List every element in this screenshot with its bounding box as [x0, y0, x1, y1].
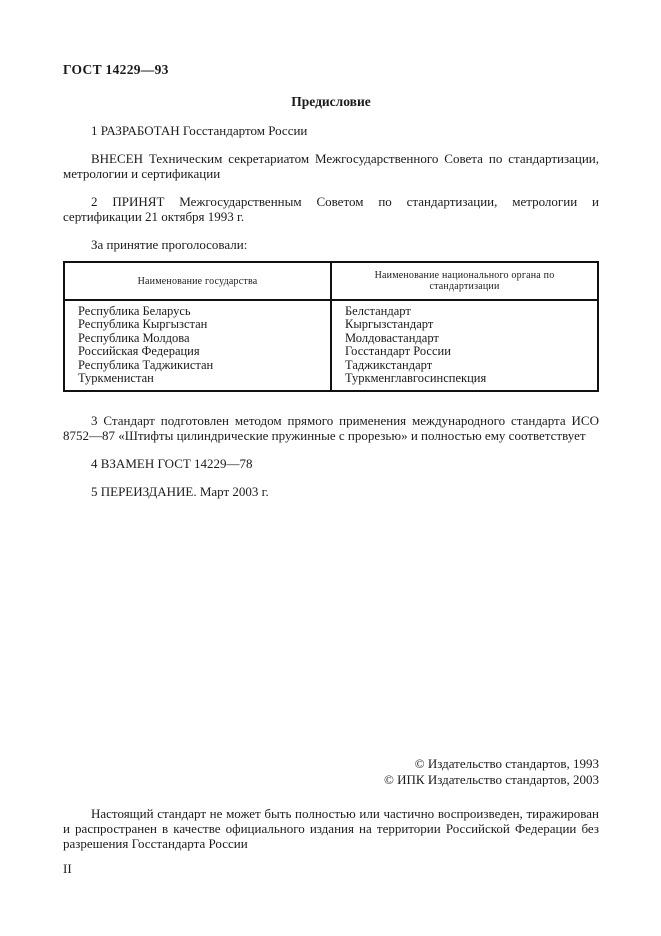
copyright-line-2003: © ИПК Издательство стандартов, 2003	[63, 772, 599, 788]
clause-1-developed: 1 РАЗРАБОТАН Госстандартом России	[63, 123, 599, 138]
page-title: Предисловие	[63, 94, 599, 109]
clause-4-replaces: 4 ВЗАМЕН ГОСТ 14229—78	[63, 456, 599, 471]
body-column-cell: Белстандарт Кыргызстандарт Молдовастанда…	[331, 300, 598, 391]
table-cell: Белстандарт	[345, 305, 591, 318]
table-cell: Республика Таджикистан	[78, 359, 324, 372]
vote-intro: За принятие проголосовали:	[63, 237, 599, 252]
table-cell: Молдовастандарт	[345, 332, 591, 345]
table-cell: Республика Молдова	[78, 332, 324, 345]
page-footer: © Издательство стандартов, 1993 © ИПК Из…	[63, 756, 599, 876]
copyright-line-1993: © Издательство стандартов, 1993	[63, 756, 599, 772]
table-cell: Кыргызстандарт	[345, 318, 591, 331]
column-header-state: Наименование государства	[64, 262, 331, 300]
table-cell: Российская Федерация	[78, 345, 324, 358]
clause-5-reissue: 5 ПЕРЕИЗДАНИЕ. Март 2003 г.	[63, 484, 599, 499]
voting-table: Наименование государства Наименование на…	[63, 261, 599, 392]
clause-3-prepared: 3 Стандарт подготовлен методом прямого п…	[63, 413, 599, 443]
voting-table-body: Республика Беларусь Республика Кыргызста…	[64, 300, 598, 391]
state-column-cell: Республика Беларусь Республика Кыргызста…	[64, 300, 331, 391]
voting-table-head: Наименование государства Наименование на…	[64, 262, 598, 300]
restriction-notice: Настоящий стандарт не может быть полност…	[63, 806, 599, 851]
document-page: ГОСТ 14229—93 Предисловие 1 РАЗРАБОТАН Г…	[0, 0, 661, 936]
table-cell: Республика Беларусь	[78, 305, 324, 318]
table-row: Республика Беларусь Республика Кыргызста…	[64, 300, 598, 391]
table-cell: Туркменглавгосинспекция	[345, 372, 591, 385]
table-cell: Госстандарт России	[345, 345, 591, 358]
table-cell: Туркменистан	[78, 372, 324, 385]
clause-2-accepted: 2 ПРИНЯТ Межгосударственным Советом по с…	[63, 194, 599, 224]
table-header-row: Наименование государства Наименование на…	[64, 262, 598, 300]
table-cell: Республика Кыргызстан	[78, 318, 324, 331]
clause-submitted: ВНЕСЕН Техническим секретариатом Межгосу…	[63, 151, 599, 181]
column-header-national-body: Наименование национального органа по ста…	[331, 262, 598, 300]
standard-number: ГОСТ 14229—93	[63, 62, 599, 77]
page-number: II	[63, 861, 599, 876]
table-cell: Таджикстандарт	[345, 359, 591, 372]
